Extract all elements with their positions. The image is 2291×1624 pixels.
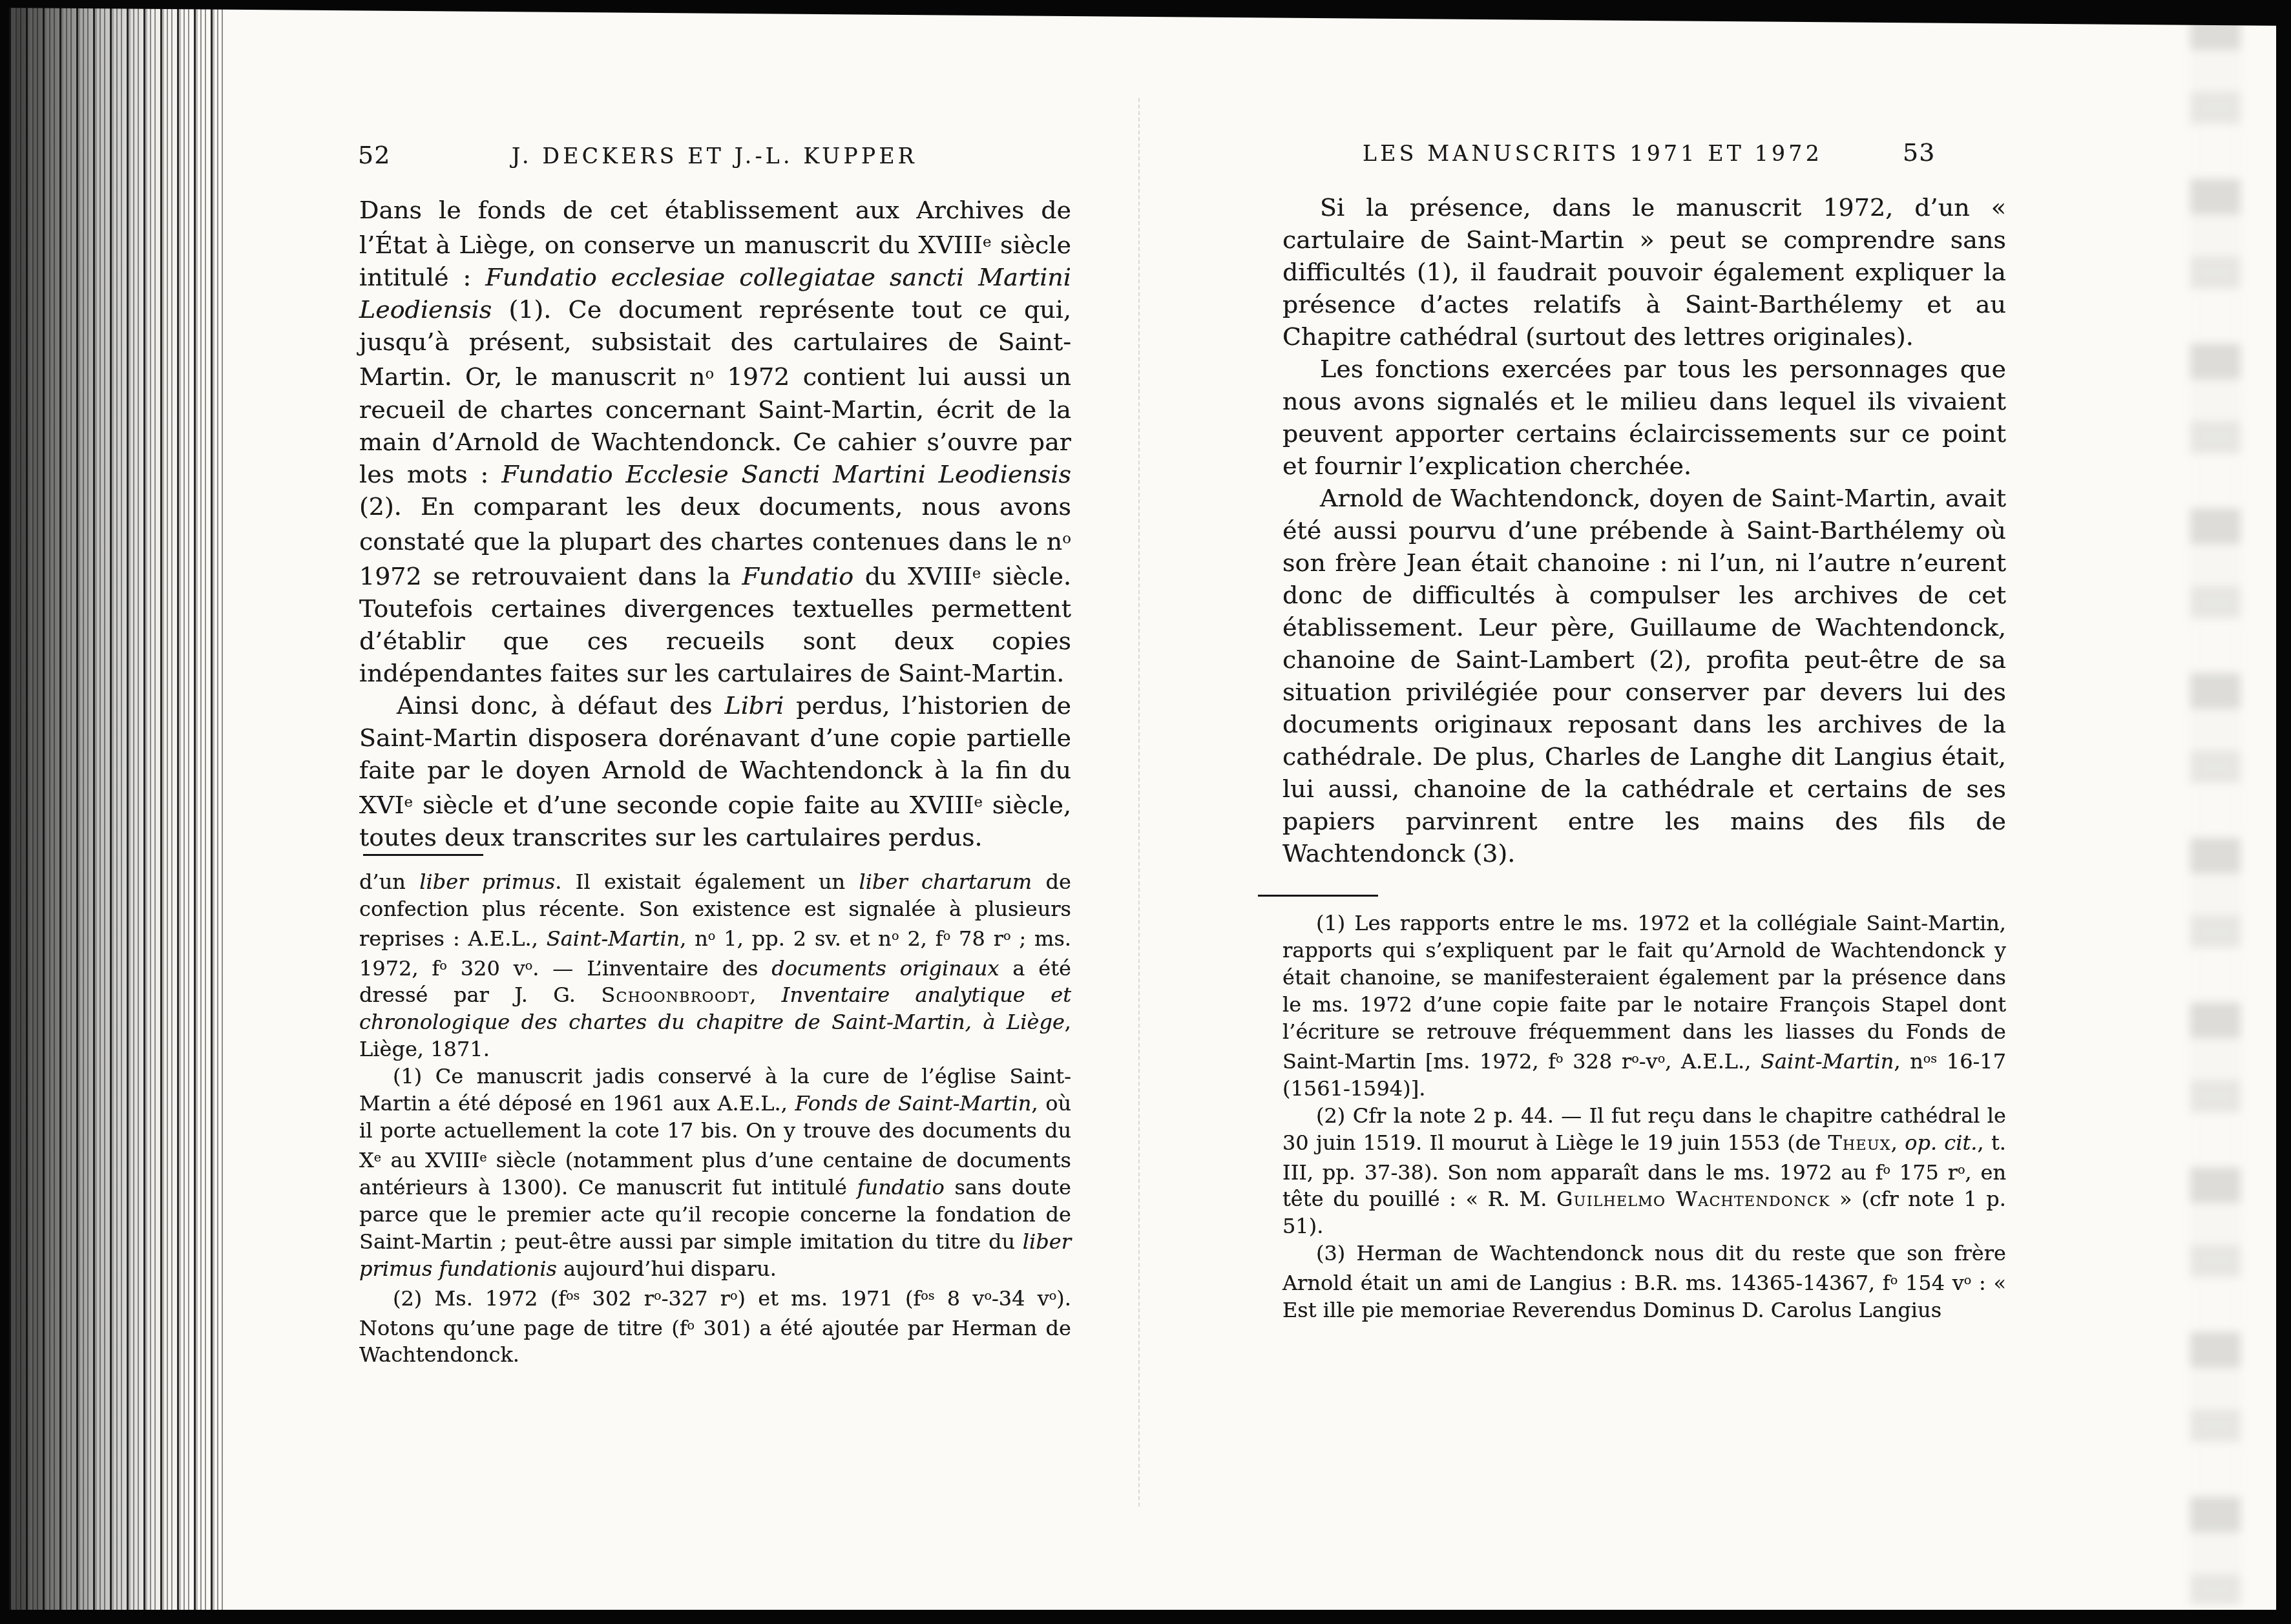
right-page-number: 53: [1903, 138, 1935, 167]
italic-text: Fundatio Ecclesie Sancti Martini Leodien…: [501, 460, 1071, 488]
italic-text: liber chartarum: [859, 869, 1032, 894]
italic-text: Saint-Martin: [1761, 1049, 1894, 1074]
superscript-text: o: [1062, 530, 1071, 547]
body-paragraph: Les fonctions exercées par tous les pers…: [1282, 353, 2006, 482]
superscript-text: o: [1556, 1051, 1564, 1066]
italic-text: documents originaux: [771, 955, 999, 980]
body-paragraph: Si la présence, dans le manuscrit 1972, …: [1282, 191, 2006, 353]
superscript-text: o: [705, 366, 714, 382]
scan-border-right: [2276, 0, 2291, 1624]
footnote: d’un liber primus. Il existait également…: [359, 868, 1071, 1063]
left-running-title: J. DECKERS ET J.-L. KUPPER: [359, 143, 1070, 169]
superscript-text: e: [974, 794, 983, 811]
italic-text: liber primus fundationis: [359, 1229, 1071, 1281]
right-running-title: LES MANUSCRITS 1971 ET 1972: [1282, 141, 1903, 166]
italic-text: Fundatio ecclesiae collegiatae sancti Ma…: [359, 263, 1071, 324]
superscript-text: o: [892, 928, 899, 943]
superscript-text: e: [983, 234, 992, 251]
scan-border-bottom: [0, 1610, 2291, 1624]
superscript-text: o: [1964, 1273, 1972, 1287]
footnote: (1) Les rapports entre le ms. 1972 et la…: [1282, 910, 2006, 1102]
superscript-text: os: [1923, 1051, 1937, 1066]
left-page-body: Dans le fonds de cet établissement aux A…: [359, 194, 1071, 853]
italic-text: op. cit.: [1905, 1130, 1977, 1155]
footnote: (2) Ms. 1972 (fos 302 ro-327 ro) et ms. …: [359, 1282, 1071, 1368]
right-footnote-separator: [1258, 895, 1378, 897]
italic-text: Fundatio: [742, 562, 854, 590]
body-paragraph: Arnold de Wachtendonck, doyen de Saint-M…: [1282, 482, 2006, 869]
right-page-footnotes: (1) Les rapports entre le ms. 1972 et la…: [1282, 910, 2006, 1324]
superscript-text: o: [1883, 1162, 1891, 1177]
smallcaps-text: Theux: [1828, 1130, 1890, 1155]
footnote: (3) Herman de Wachtendonck nous dit du r…: [1282, 1240, 2006, 1324]
italic-text: Fonds de Saint-Martin: [795, 1091, 1031, 1116]
superscript-text: o: [984, 1288, 992, 1303]
left-footnote-separator: [363, 854, 483, 856]
smallcaps-text: Guilhelmo Wachtendonck: [1556, 1187, 1830, 1211]
superscript-text: os: [566, 1288, 580, 1303]
superscript-text: o: [525, 958, 533, 973]
right-page-body: Si la présence, dans le manuscrit 1972, …: [1282, 191, 2006, 869]
page-sheet: 52 J. DECKERS ET J.-L. KUPPER Dans le fo…: [9, 8, 2276, 1611]
superscript-text: e: [374, 1150, 381, 1165]
superscript-text: o: [730, 1288, 738, 1303]
scan-canvas: { "scan": { "paper_color": "#fbfaf6", "i…: [0, 0, 2291, 1624]
italic-text: fundatio: [857, 1175, 945, 1200]
superscript-text: o: [1958, 1162, 1965, 1177]
superscript-text: o: [439, 958, 447, 973]
superscript-text: o: [943, 928, 951, 943]
superscript-text: e: [479, 1150, 486, 1165]
italic-text: Saint-Martin: [547, 926, 680, 951]
smallcaps-text: Schoonbroodt: [601, 983, 749, 1007]
body-paragraph: Dans le fonds de cet établissement aux A…: [359, 194, 1071, 689]
italic-text: Libri: [724, 691, 784, 720]
italic-text: liber primus: [419, 869, 555, 894]
body-paragraph: Ainsi donc, à défaut des Libri perdus, l…: [359, 689, 1071, 853]
footnote: (2) Cfr la note 2 p. 44. — Il fut reçu d…: [1282, 1102, 2006, 1240]
superscript-text: e: [404, 794, 413, 811]
binding-gutter-shadow: [9, 8, 224, 1611]
superscript-text: o: [654, 1288, 662, 1303]
left-page-footnotes: d’un liber primus. Il existait également…: [359, 868, 1071, 1368]
superscript-text: o: [708, 928, 716, 943]
superscript-text: o: [1658, 1051, 1666, 1066]
superscript-text: e: [972, 565, 981, 582]
superscript-text: os: [921, 1288, 934, 1303]
superscript-text: o: [1631, 1051, 1639, 1066]
scan-border-left: [0, 0, 9, 1624]
center-fold-line: [1138, 98, 1140, 1506]
superscript-text: o: [1049, 1288, 1057, 1303]
footnote: (1) Ce manuscrit jadis conservé à la cur…: [359, 1063, 1071, 1282]
superscript-text: o: [687, 1318, 695, 1333]
superscript-text: o: [1890, 1273, 1898, 1287]
bleed-through-smudge: [2190, 14, 2241, 1605]
superscript-text: o: [1003, 928, 1011, 943]
